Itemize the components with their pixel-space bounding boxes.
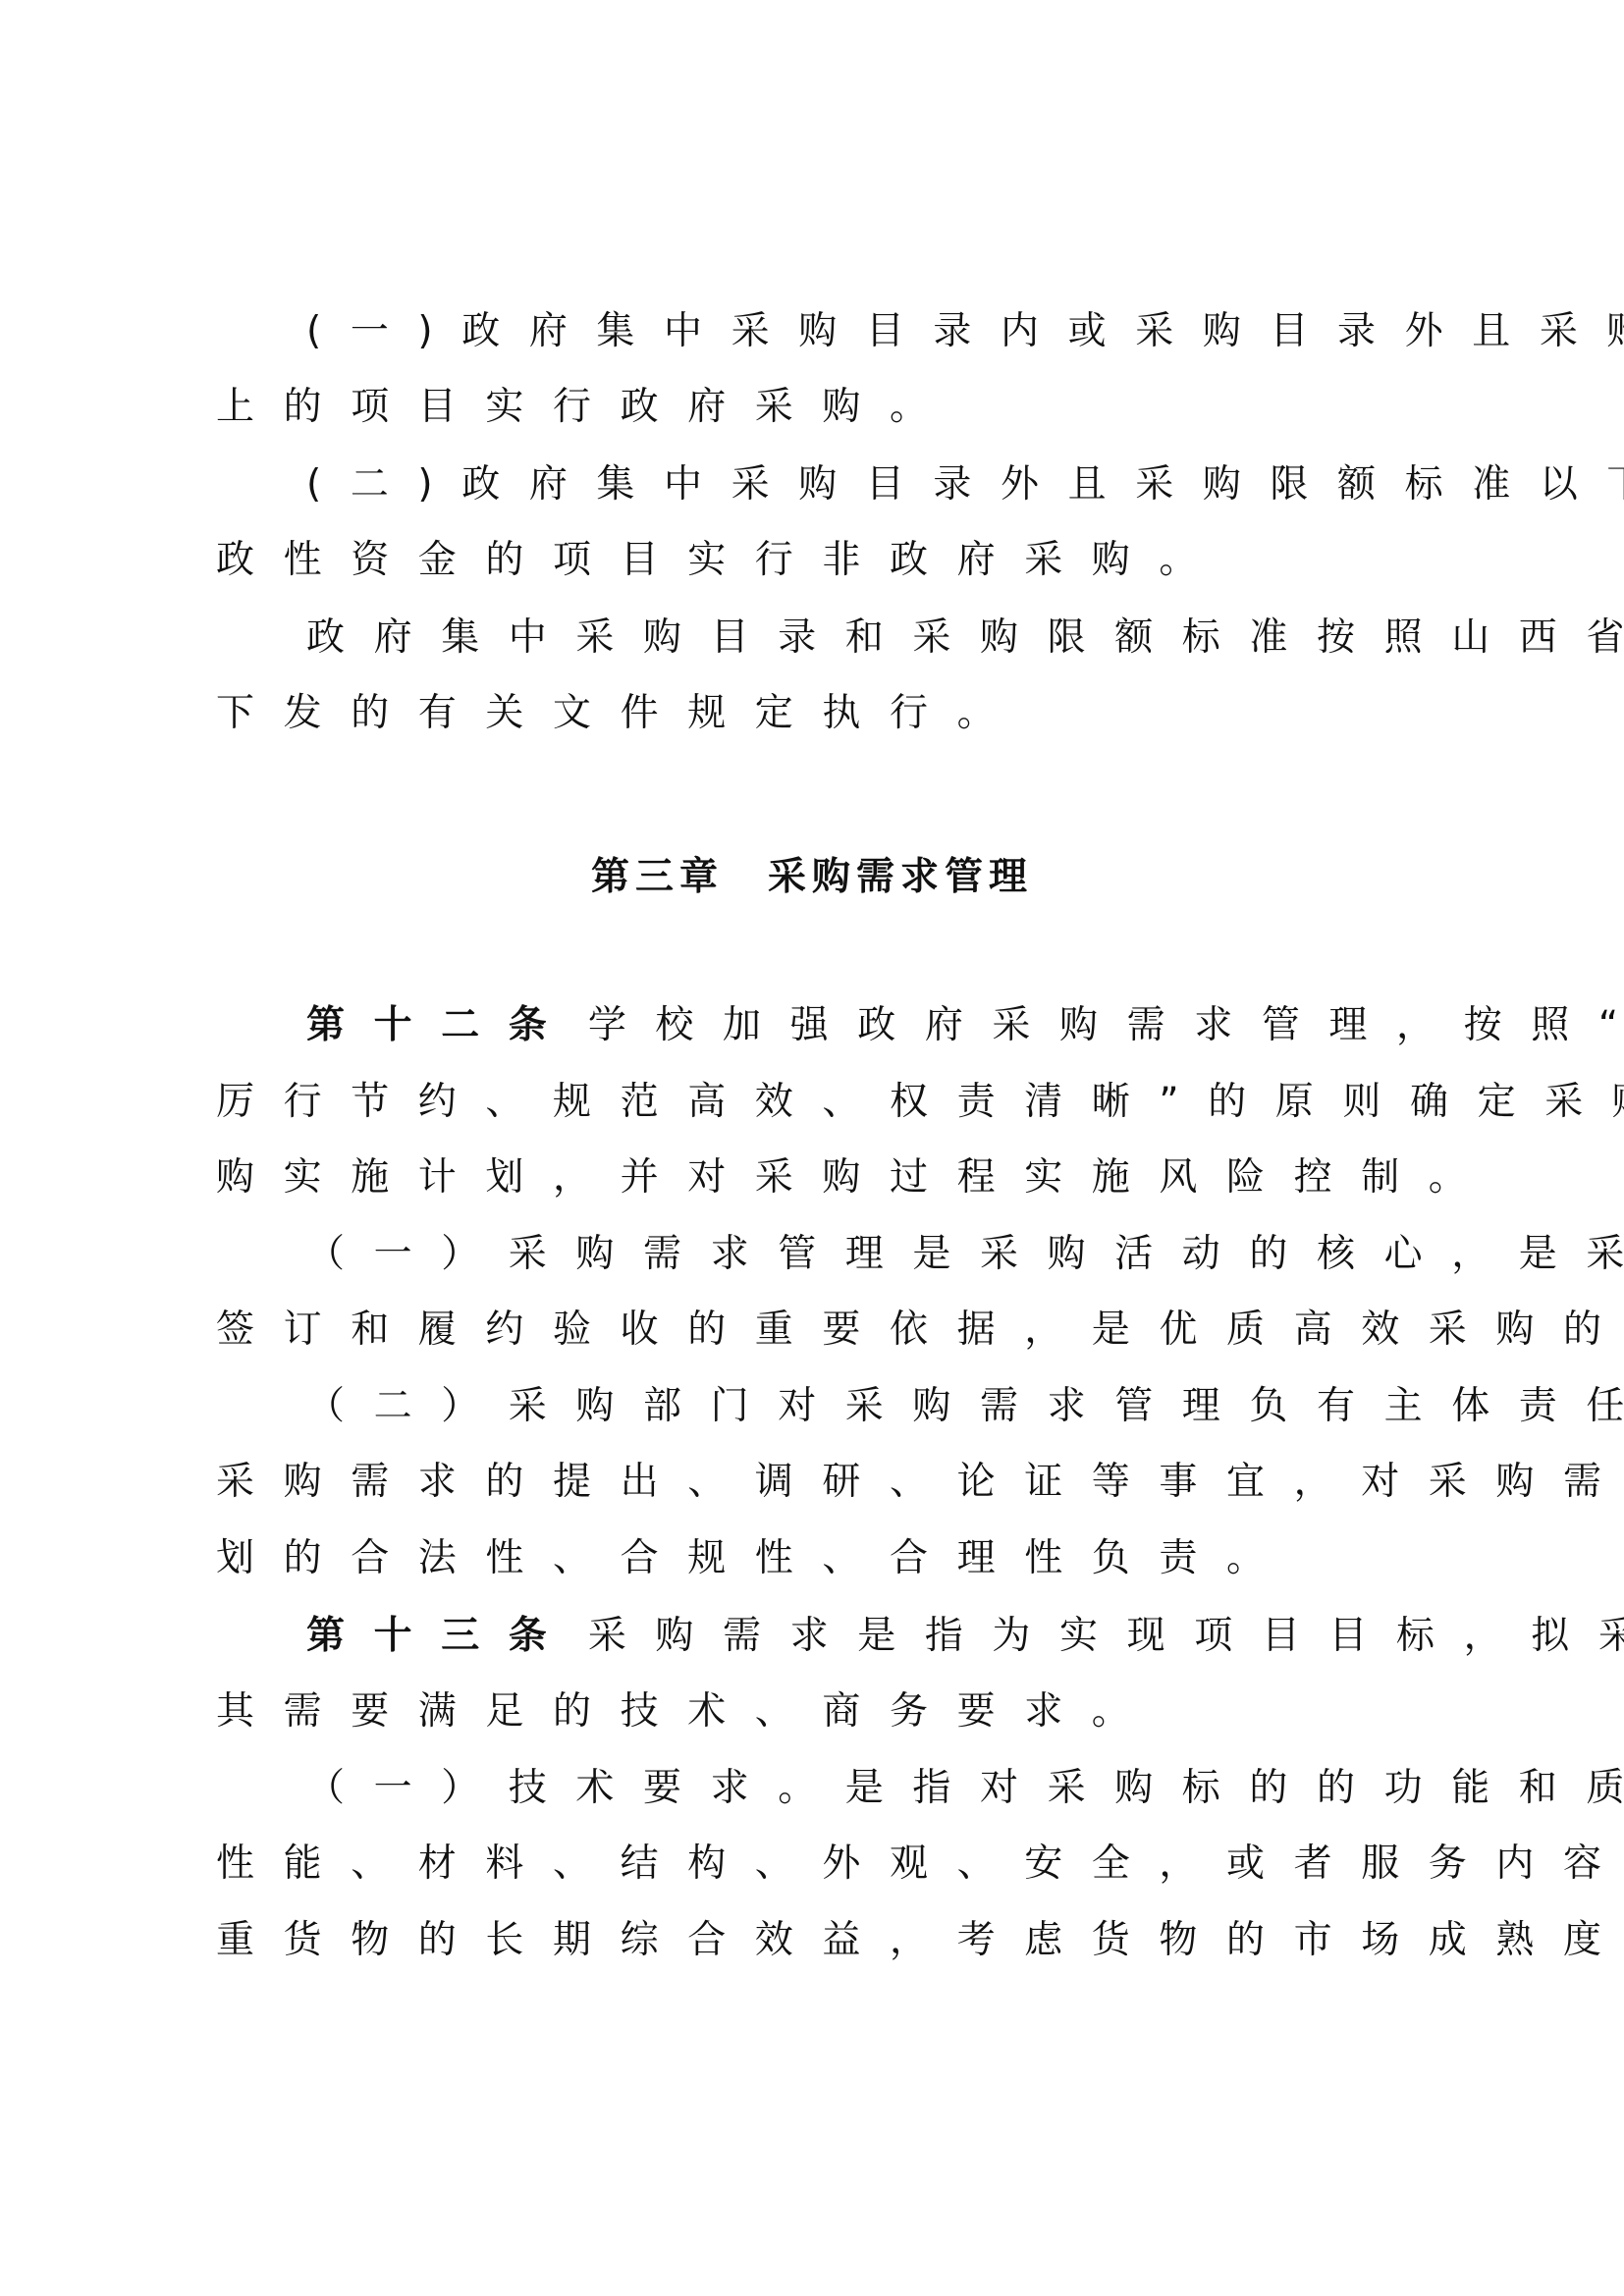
article-text: 学校加强政府采购需求管理，按照“科学合理、 <box>588 1003 1624 1047</box>
paragraph-line: 政府集中采购目录和采购限额标准按照山西省财政厅当年 <box>306 600 1524 676</box>
paragraph-line: 划的合法性、合规性、合理性负责。 <box>216 1521 1434 1597</box>
paragraph-line: （二）采购部门对采购需求管理负有主体责任，按规定开展 <box>306 1368 1524 1445</box>
paragraph-line: 其需要满足的技术、商务要求。 <box>216 1674 1434 1750</box>
article-13-first-line: 第十三条 采购需求是指为实现项目目标，拟采购的标的及 <box>306 1598 1524 1675</box>
paragraph-line: 购实施计划，并对采购过程实施风险控制。 <box>216 1140 1434 1216</box>
chapter-heading: 第三章 采购需求管理 <box>0 839 1624 916</box>
document-page: (一)政府集中采购目录内或采购目录外且采购限额标准以 上的项目实行政府采购。 (… <box>0 0 1624 2296</box>
paragraph-line: (一)政府集中采购目录内或采购目录外且采购限额标准以 <box>306 294 1524 370</box>
paragraph-line: (二)政府集中采购目录外且采购限额标准以下或使用非财 <box>306 447 1524 523</box>
article-12-first-line: 第十二条 学校加强政府采购需求管理，按照“科学合理、 <box>306 988 1524 1064</box>
paragraph-line: （一）技术要求。是指对采购标的的功能和质量要求，包括 <box>306 1750 1524 1827</box>
paragraph-line: 政性资金的项目实行非政府采购。 <box>216 522 1434 599</box>
paragraph-line: （一）采购需求管理是采购活动的核心，是采购评审、合同 <box>306 1216 1524 1293</box>
article-label: 第十二条 <box>306 1003 575 1047</box>
paragraph-line: 重货物的长期综合效益，考虑货物的市场成熟度、使用的效果、 <box>216 1902 1434 1979</box>
paragraph-line: 采购需求的提出、调研、论证等事宜，对采购需求和采购实施计 <box>216 1444 1434 1521</box>
paragraph-line: 签订和履约验收的重要依据，是优质高效采购的前提。 <box>216 1292 1434 1368</box>
article-label: 第十三条 <box>306 1614 575 1658</box>
paragraph-line: 上的项目实行政府采购。 <box>216 369 1434 446</box>
paragraph-line: 厉行节约、规范高效、权责清晰”的原则确定采购需求，编制采 <box>216 1064 1434 1141</box>
paragraph-line: 性能、材料、结构、外观、安全，或者服务内容和标准等。应注 <box>216 1826 1434 1902</box>
article-text: 采购需求是指为实现项目目标，拟采购的标的及 <box>588 1614 1624 1658</box>
paragraph-line: 下发的有关文件规定执行。 <box>216 675 1434 752</box>
